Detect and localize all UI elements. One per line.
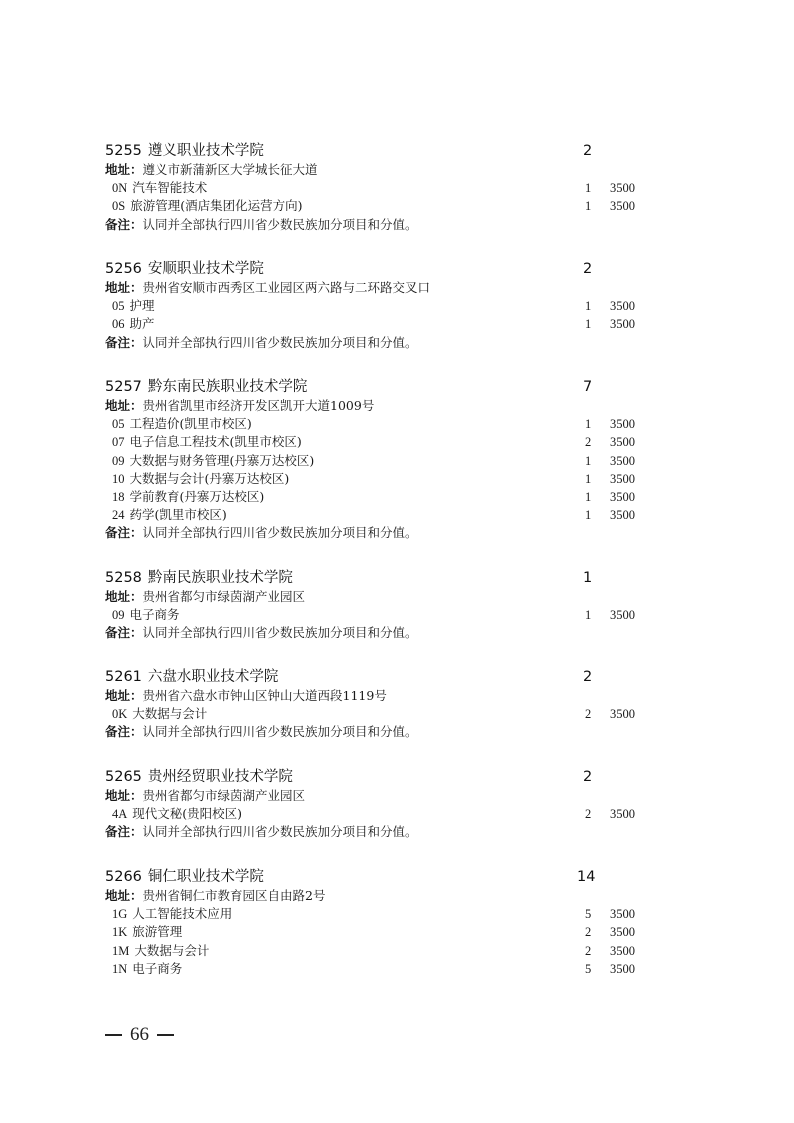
major-name: 工程造价(凯里市校区) [130, 416, 252, 431]
note-label: 备注： [105, 724, 143, 739]
school-title: 5266铜仁职业技术学院 14 [105, 867, 665, 887]
address-label: 地址： [105, 162, 143, 177]
major-name: 助产 [130, 316, 155, 331]
major-code: 09 [112, 606, 125, 624]
major-row: 06助产 13500 [105, 315, 665, 333]
major-name: 大数据与会计(丹寨万达校区) [130, 471, 290, 486]
major-fee: 3500 [610, 179, 635, 197]
page-number: 66 [105, 1024, 182, 1046]
major-fee: 3500 [610, 905, 635, 923]
major-name: 旅游管理(酒店集团化运营方向) [130, 198, 302, 213]
major-fee: 3500 [610, 805, 635, 823]
major-count: 1 [585, 179, 591, 197]
major-code: 0K [112, 705, 127, 723]
note-label: 备注： [105, 217, 143, 232]
major-name: 大数据与财务管理(丹寨万达校区) [130, 453, 315, 468]
major-name: 旅游管理 [132, 924, 182, 939]
school-block: 5255遵义职业技术学院 2 地址：遵义市新蒲新区大学城长征大道 0N汽车智能技… [105, 141, 665, 234]
address-text: 贵州省都匀市绿茵湖产业园区 [143, 788, 306, 803]
school-note: 备注：认同并全部执行四川省少数民族加分项目和分值。 [105, 216, 665, 234]
major-count: 5 [585, 960, 591, 978]
major-count: 2 [585, 942, 591, 960]
major-name: 人工智能技术应用 [132, 906, 232, 921]
address-label: 地址： [105, 888, 143, 903]
school-address: 地址：贵州省凯里市经济开发区凯开大道1009号 [105, 397, 665, 415]
major-fee: 3500 [610, 433, 635, 451]
school-total: 2 [583, 767, 592, 787]
note-label: 备注： [105, 625, 143, 640]
major-row: 10大数据与会计(丹寨万达校区) 13500 [105, 470, 665, 488]
major-code: 1N [112, 960, 127, 978]
school-block: 5256安顺职业技术学院 2 地址：贵州省安顺市西秀区工业园区两六路与二环路交叉… [105, 259, 665, 352]
school-total: 2 [583, 259, 592, 279]
major-code: 06 [112, 315, 125, 333]
major-count: 2 [585, 705, 591, 723]
major-fee: 3500 [610, 960, 635, 978]
school-block: 5265贵州经贸职业技术学院 2 地址：贵州省都匀市绿茵湖产业园区 4A现代文秘… [105, 767, 665, 842]
school-address: 地址：贵州省铜仁市教育园区自由路2号 [105, 887, 665, 905]
major-name: 学前教育(丹寨万达校区) [130, 489, 265, 504]
school-note: 备注：认同并全部执行四川省少数民族加分项目和分值。 [105, 334, 665, 352]
major-name: 药学(凯里市校区) [130, 507, 227, 522]
major-row: 1N电子商务 53500 [105, 960, 665, 978]
major-row: 0N汽车智能技术 13500 [105, 179, 665, 197]
address-text: 贵州省安顺市西秀区工业园区两六路与二环路交叉口 [143, 280, 431, 295]
major-row: 18学前教育(丹寨万达校区) 13500 [105, 488, 665, 506]
major-code: 4A [112, 805, 127, 823]
major-code: 0N [112, 179, 127, 197]
address-label: 地址： [105, 280, 143, 295]
school-title: 5258黔南民族职业技术学院 1 [105, 568, 665, 588]
note-label: 备注： [105, 335, 143, 350]
address-text: 遵义市新蒲新区大学城长征大道 [143, 162, 318, 177]
major-fee: 3500 [610, 606, 635, 624]
school-block: 5261六盘水职业技术学院 2 地址：贵州省六盘水市钟山区钟山大道西段1119号… [105, 667, 665, 742]
school-code: 5256 [105, 259, 142, 279]
school-code: 5261 [105, 667, 142, 687]
school-total: 14 [577, 867, 595, 887]
major-fee: 3500 [610, 923, 635, 941]
school-block: 5257黔东南民族职业技术学院 7 地址：贵州省凯里市经济开发区凯开大道1009… [105, 377, 665, 543]
school-note: 备注：认同并全部执行四川省少数民族加分项目和分值。 [105, 524, 665, 542]
major-row: 0S旅游管理(酒店集团化运营方向) 13500 [105, 197, 665, 215]
major-count: 5 [585, 905, 591, 923]
school-address: 地址：贵州省六盘水市钟山区钟山大道西段1119号 [105, 687, 665, 705]
major-code: 1M [112, 942, 129, 960]
major-name: 护理 [130, 298, 155, 313]
major-name: 汽车智能技术 [132, 180, 207, 195]
school-code: 5257 [105, 377, 142, 397]
school-title: 5256安顺职业技术学院 2 [105, 259, 665, 279]
major-row: 1G人工智能技术应用 53500 [105, 905, 665, 923]
address-label: 地址： [105, 398, 143, 413]
school-name: 安顺职业技术学院 [148, 261, 264, 277]
school-total: 2 [583, 141, 592, 161]
dash-right [157, 1034, 174, 1036]
major-fee: 3500 [610, 315, 635, 333]
major-row: 09电子商务 13500 [105, 606, 665, 624]
note-text: 认同并全部执行四川省少数民族加分项目和分值。 [143, 525, 418, 540]
school-code: 5266 [105, 867, 142, 887]
address-text: 贵州省凯里市经济开发区凯开大道1009号 [143, 398, 375, 413]
school-name: 贵州经贸职业技术学院 [148, 769, 293, 785]
major-fee: 3500 [610, 942, 635, 960]
school-address: 地址：贵州省都匀市绿茵湖产业园区 [105, 787, 665, 805]
note-text: 认同并全部执行四川省少数民族加分项目和分值。 [143, 335, 418, 350]
major-row: 1K旅游管理 23500 [105, 923, 665, 941]
major-count: 1 [585, 488, 591, 506]
major-count: 2 [585, 805, 591, 823]
major-code: 0S [112, 197, 125, 215]
major-code: 09 [112, 452, 125, 470]
address-text: 贵州省六盘水市钟山区钟山大道西段1119号 [143, 688, 387, 703]
major-fee: 3500 [610, 470, 635, 488]
major-fee: 3500 [610, 297, 635, 315]
major-name: 大数据与会计 [134, 943, 209, 958]
school-title: 5255遵义职业技术学院 2 [105, 141, 665, 161]
school-name: 铜仁职业技术学院 [148, 869, 264, 885]
major-code: 18 [112, 488, 125, 506]
note-text: 认同并全部执行四川省少数民族加分项目和分值。 [143, 217, 418, 232]
major-code: 10 [112, 470, 125, 488]
major-row: 4A现代文秘(贵阳校区) 23500 [105, 805, 665, 823]
school-address: 地址：贵州省安顺市西秀区工业园区两六路与二环路交叉口 [105, 279, 665, 297]
page-number-text: 66 [130, 1024, 149, 1046]
address-text: 贵州省都匀市绿茵湖产业园区 [143, 589, 306, 604]
major-code: 1K [112, 923, 127, 941]
address-text: 贵州省铜仁市教育园区自由路2号 [143, 888, 326, 903]
major-fee: 3500 [610, 506, 635, 524]
major-row: 0K大数据与会计 23500 [105, 705, 665, 723]
school-total: 7 [583, 377, 592, 397]
address-label: 地址： [105, 688, 143, 703]
major-count: 1 [585, 470, 591, 488]
major-row: 1M大数据与会计 23500 [105, 942, 665, 960]
major-row: 07电子信息工程技术(凯里市校区) 23500 [105, 433, 665, 451]
major-count: 1 [585, 606, 591, 624]
major-fee: 3500 [610, 452, 635, 470]
major-count: 1 [585, 315, 591, 333]
school-note: 备注：认同并全部执行四川省少数民族加分项目和分值。 [105, 823, 665, 841]
major-name: 电子商务 [132, 961, 182, 976]
school-title: 5257黔东南民族职业技术学院 7 [105, 377, 665, 397]
major-count: 2 [585, 923, 591, 941]
major-code: 05 [112, 415, 125, 433]
school-total: 2 [583, 667, 592, 687]
major-code: 07 [112, 433, 125, 451]
major-code: 24 [112, 506, 125, 524]
major-row: 05护理 13500 [105, 297, 665, 315]
note-text: 认同并全部执行四川省少数民族加分项目和分值。 [143, 824, 418, 839]
note-label: 备注： [105, 824, 143, 839]
school-name: 遵义职业技术学院 [148, 143, 264, 159]
address-label: 地址： [105, 589, 143, 604]
school-block: 5266铜仁职业技术学院 14 地址：贵州省铜仁市教育园区自由路2号 1G人工智… [105, 867, 665, 978]
school-code: 5255 [105, 141, 142, 161]
major-count: 1 [585, 197, 591, 215]
major-row: 09大数据与财务管理(丹寨万达校区) 13500 [105, 452, 665, 470]
major-count: 2 [585, 433, 591, 451]
major-count: 1 [585, 297, 591, 315]
school-block: 5258黔南民族职业技术学院 1 地址：贵州省都匀市绿茵湖产业园区 09电子商务… [105, 568, 665, 643]
major-code: 1G [112, 905, 127, 923]
major-count: 1 [585, 415, 591, 433]
major-name: 大数据与会计 [132, 706, 207, 721]
major-name: 电子商务 [130, 607, 180, 622]
school-name: 六盘水职业技术学院 [148, 669, 279, 685]
major-row: 24药学(凯里市校区) 13500 [105, 506, 665, 524]
major-fee: 3500 [610, 705, 635, 723]
school-note: 备注：认同并全部执行四川省少数民族加分项目和分值。 [105, 624, 665, 642]
school-title: 5265贵州经贸职业技术学院 2 [105, 767, 665, 787]
note-text: 认同并全部执行四川省少数民族加分项目和分值。 [143, 724, 418, 739]
major-fee: 3500 [610, 488, 635, 506]
school-address: 地址：遵义市新蒲新区大学城长征大道 [105, 161, 665, 179]
school-code: 5258 [105, 568, 142, 588]
major-count: 1 [585, 506, 591, 524]
school-note: 备注：认同并全部执行四川省少数民族加分项目和分值。 [105, 723, 665, 741]
school-total: 1 [583, 568, 592, 588]
dash-left [105, 1034, 122, 1036]
major-fee: 3500 [610, 415, 635, 433]
address-label: 地址： [105, 788, 143, 803]
major-row: 05工程造价(凯里市校区) 13500 [105, 415, 665, 433]
school-name: 黔南民族职业技术学院 [148, 570, 293, 586]
major-code: 05 [112, 297, 125, 315]
major-count: 1 [585, 452, 591, 470]
school-code: 5265 [105, 767, 142, 787]
major-name: 现代文秘(贵阳校区) [132, 806, 242, 821]
school-title: 5261六盘水职业技术学院 2 [105, 667, 665, 687]
school-name: 黔东南民族职业技术学院 [148, 379, 308, 395]
school-address: 地址：贵州省都匀市绿茵湖产业园区 [105, 588, 665, 606]
note-text: 认同并全部执行四川省少数民族加分项目和分值。 [143, 625, 418, 640]
major-fee: 3500 [610, 197, 635, 215]
note-label: 备注： [105, 525, 143, 540]
document-page: 5255遵义职业技术学院 2 地址：遵义市新蒲新区大学城长征大道 0N汽车智能技… [0, 0, 794, 1123]
major-name: 电子信息工程技术(凯里市校区) [130, 434, 302, 449]
